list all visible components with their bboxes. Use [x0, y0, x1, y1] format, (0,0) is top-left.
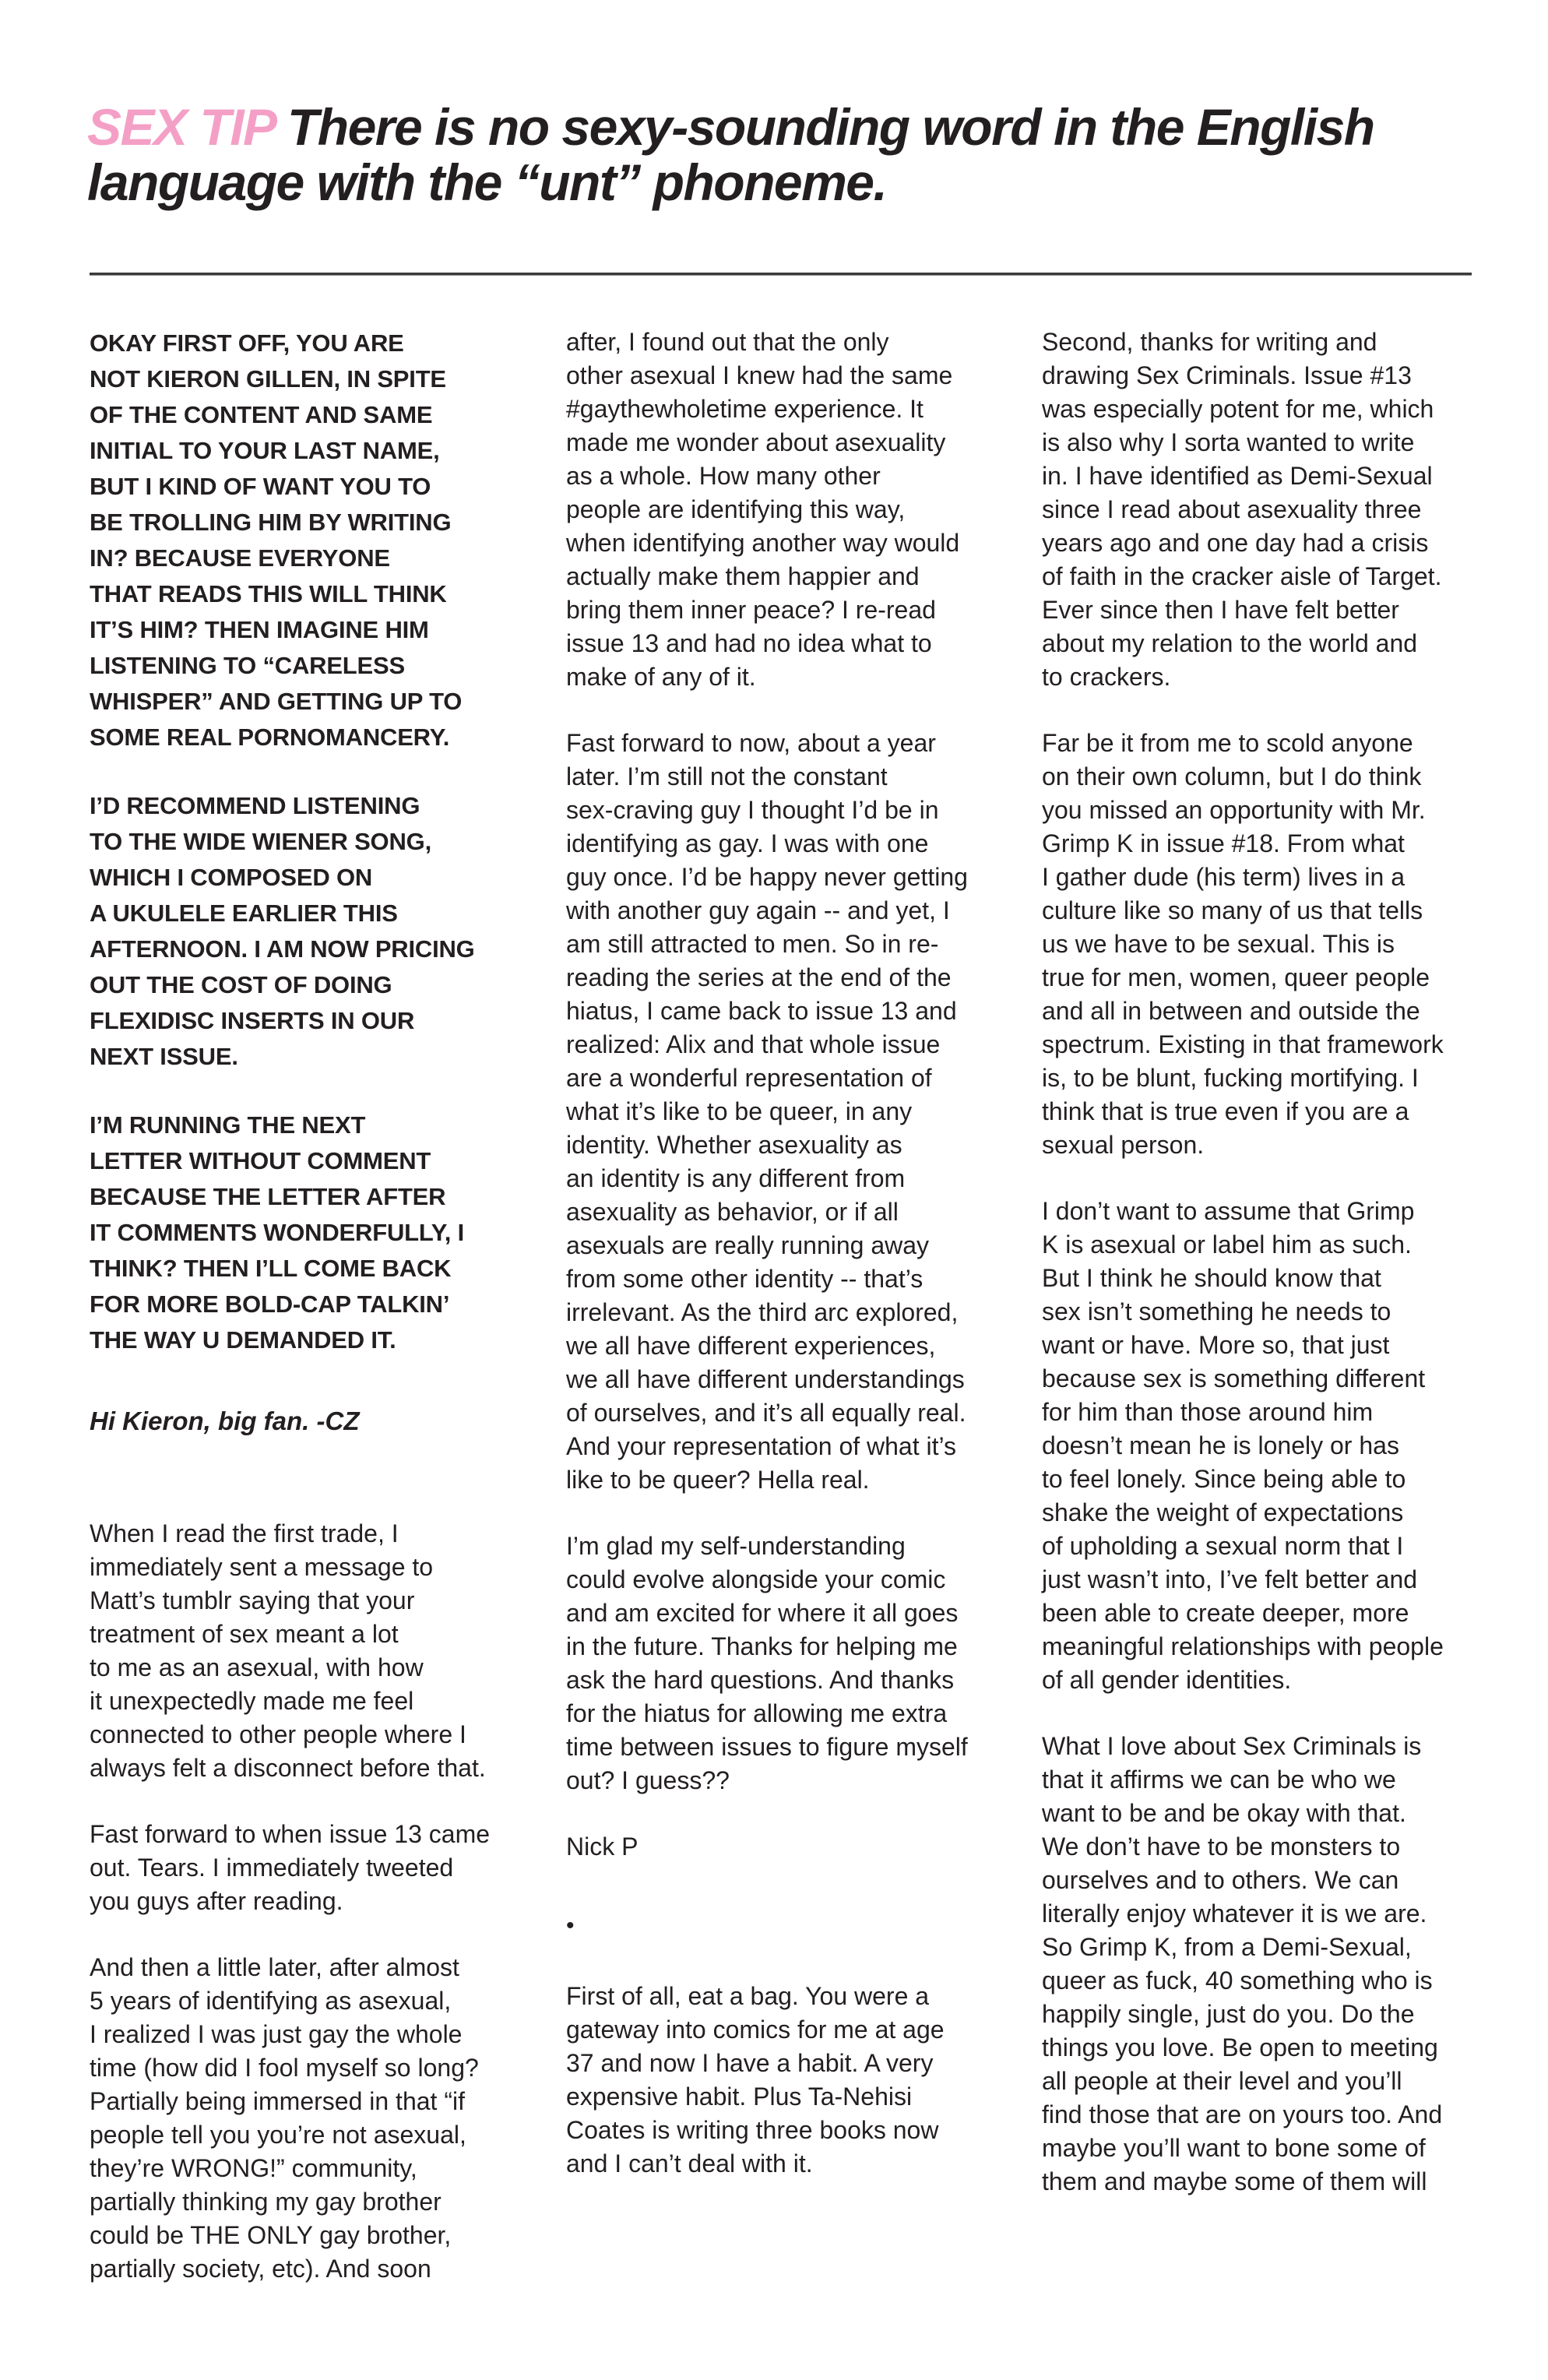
column-2: after, I found out that the only other a…: [566, 326, 1033, 2213]
letter-paragraph: First of all, eat a bag. You were a gate…: [566, 1980, 1033, 2181]
letter-signoff: Nick P: [566, 1830, 1033, 1864]
page-title: SEX TIP There is no sexy-sounding word i…: [87, 100, 1489, 210]
letters-page: SEX TIP There is no sexy-sounding word i…: [0, 0, 1548, 2380]
letter-paragraph: Far be it from me to scold anyone on the…: [1042, 727, 1509, 1162]
letter-salutation: Hi Kieron, big fan. -CZ: [90, 1403, 557, 1439]
letter-paragraph: I’m glad my self-understanding could evo…: [566, 1530, 1033, 1797]
column-1: OKAY FIRST OFF, YOU ARE NOT KIERON GILLE…: [90, 326, 557, 2318]
letter-paragraph: What I love about Sex Criminals is that …: [1042, 1730, 1509, 2199]
column-3: Second, thanks for writing and drawing S…: [1042, 326, 1509, 2231]
letter-paragraph: Fast forward to now, about a year later.…: [566, 727, 1033, 1497]
letter-paragraph: I don’t want to assume that Grimp K is a…: [1042, 1195, 1509, 1697]
bullet-separator: •: [566, 1909, 1033, 1942]
header-divider: [90, 273, 1472, 276]
editor-paragraph: OKAY FIRST OFF, YOU ARE NOT KIERON GILLE…: [90, 326, 557, 755]
editor-paragraph: I’M RUNNING THE NEXT LETTER WITHOUT COMM…: [90, 1107, 557, 1358]
letter-paragraph: And then a little later, after almost 5 …: [90, 1951, 557, 2286]
sex-tip-label: SEX TIP: [87, 98, 287, 156]
letter-paragraph: When I read the first trade, I immediate…: [90, 1517, 557, 1785]
editor-paragraph: I’D RECOMMEND LISTENING TO THE WIDE WIEN…: [90, 788, 557, 1075]
letter-paragraph: after, I found out that the only other a…: [566, 326, 1033, 694]
letter-paragraph: Second, thanks for writing and drawing S…: [1042, 326, 1509, 694]
letter-paragraph: Fast forward to when issue 13 came out. …: [90, 1818, 557, 1918]
